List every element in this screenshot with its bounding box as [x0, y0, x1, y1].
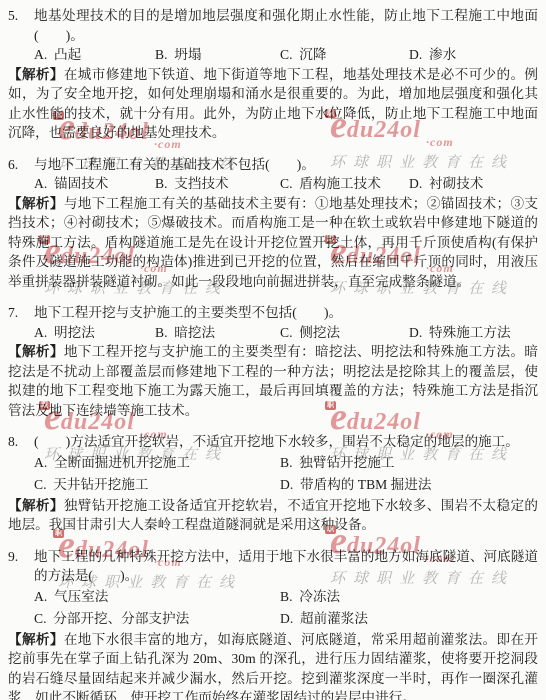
option-b: B. 暗挖法: [155, 323, 280, 343]
analysis: 【解析】地下工程开挖与支护施工的主要类型有：暗挖法、明挖法和特殊施工方法。暗挖法…: [8, 342, 538, 420]
question-7: 7.地下工程开挖与支护施工的主要类型不包括( )。 A. 明挖法 B. 暗挖法 …: [8, 303, 538, 420]
exam-page: { "watermark": { "badge": "职", "brand": …: [0, 0, 546, 700]
options-row: A. 锚固技术 B. 支挡技术 C. 盾构施工技术 D. 衬砌技术: [8, 174, 538, 194]
question-stem: 9.地下工程的几种特殊开挖方法中，适用于地下水很丰富的地方如海底隧道、河底隧道的…: [8, 547, 538, 586]
analysis-label: 【解析】: [8, 498, 64, 513]
option-b: B. 支挡技术: [155, 174, 280, 194]
option-a: A. 明挖法: [34, 323, 155, 343]
question-8: 8.( )方法适宜开挖软岩，不适宜开挖地下水较多，围岩不太稳定的地层的施工。 A…: [8, 432, 538, 535]
options-row: A. 明挖法 B. 暗挖法 C. 侧挖法 D. 特殊施工方法: [8, 323, 538, 343]
option-b: B. 冷冻法: [280, 586, 538, 608]
analysis-text: 地下工程开挖与支护施工的主要类型有：暗挖法、明挖法和特殊施工方法。暗挖法是不扰动…: [8, 344, 538, 418]
option-a: A. 气压室法: [34, 586, 280, 608]
option-c: C. 沉降: [280, 45, 409, 65]
options-grid: A. 全断面掘进机开挖施工 B. 独臂钻开挖施工 C. 天井钻开挖施工 D. 带…: [8, 452, 538, 496]
question-5: 5.地基处理技术的目的是增加地层强度和强化期止水性能，防止地下工程施工中地面( …: [8, 6, 538, 143]
question-number: 5.: [8, 6, 18, 26]
option-d: D. 渗水: [409, 45, 538, 65]
question-text: ( )方法适宜开挖软岩，不适宜开挖地下水较多，围岩不太稳定的地层的施工。: [34, 434, 519, 449]
option-a: A. 全断面掘进机开挖施工: [34, 452, 280, 474]
analysis-label: 【解析】: [8, 67, 64, 82]
option-b: B. 独臂钻开挖施工: [280, 452, 538, 474]
question-stem: 8.( )方法适宜开挖软岩，不适宜开挖地下水较多，围岩不太稳定的地层的施工。: [8, 432, 538, 452]
option-b: B. 坍塌: [155, 45, 280, 65]
option-c: C. 分部开挖、分部支护法: [34, 608, 280, 630]
options-row: A. 凸起 B. 坍塌 C. 沉降 D. 渗水: [8, 45, 538, 65]
option-d: D. 特殊施工方法: [409, 323, 538, 343]
option-d: D. 超前灌浆法: [280, 608, 538, 630]
question-text: 与地下工程施工有关的基础技术不包括( )。: [34, 157, 315, 172]
analysis-label: 【解析】: [8, 344, 64, 359]
analysis: 【解析】与地下工程施工有关的基础技术主要有：①地基处理技术；②锚固技术；③支挡技…: [8, 194, 538, 292]
option-c: C. 天井钻开挖施工: [34, 474, 280, 496]
analysis-label: 【解析】: [8, 196, 64, 211]
question-number: 6.: [8, 155, 18, 175]
question-6: 6.与地下工程施工有关的基础技术不包括( )。 A. 锚固技术 B. 支挡技术 …: [8, 155, 538, 292]
analysis-text: 与地下工程施工有关的基础技术主要有：①地基处理技术；②锚固技术；③支挡技术；④衬…: [8, 196, 538, 289]
document-content: 5.地基处理技术的目的是增加地层强度和强化期止水性能，防止地下工程施工中地面( …: [0, 0, 546, 700]
question-stem: 5.地基处理技术的目的是增加地层强度和强化期止水性能，防止地下工程施工中地面( …: [8, 6, 538, 45]
option-c: C. 侧挖法: [280, 323, 409, 343]
analysis-text: 在城市修建地下铁道、地下街道等地下工程，地基处理技术是必不可少的。例如，为了安全…: [8, 67, 538, 141]
question-text: 地下工程的几种特殊开挖方法中，适用于地下水很丰富的地方如海底隧道、河底隧道的方法…: [34, 549, 538, 584]
question-number: 8.: [8, 432, 18, 452]
analysis: 【解析】在城市修建地下铁道、地下街道等地下工程，地基处理技术是必不可少的。例如，…: [8, 65, 538, 143]
analysis: 【解析】在地下水很丰富的地方，如海底隧道、河底隧道，常采用超前灌浆法。即在开挖前…: [8, 630, 538, 700]
option-d: D. 衬砌技术: [409, 174, 538, 194]
analysis-text: 在地下水很丰富的地方，如海底隧道、河底隧道，常采用超前灌浆法。即在开挖前事先在掌…: [8, 632, 538, 700]
question-number: 9.: [8, 547, 18, 567]
analysis-text: 独臂钻开挖施工设备适宜开挖软岩，不适宜开挖地下水较多、围岩不太稳定的地层。我国甘…: [8, 498, 538, 533]
option-a: A. 凸起: [34, 45, 155, 65]
options-grid: A. 气压室法 B. 冷冻法 C. 分部开挖、分部支护法 D. 超前灌浆法: [8, 586, 538, 630]
option-c: C. 盾构施工技术: [280, 174, 409, 194]
question-text: 地基处理技术的目的是增加地层强度和强化期止水性能，防止地下工程施工中地面( )。: [34, 8, 538, 43]
analysis: 【解析】独臂钻开挖施工设备适宜开挖软岩，不适宜开挖地下水较多、围岩不太稳定的地层…: [8, 496, 538, 535]
analysis-label: 【解析】: [8, 632, 64, 647]
option-d: D. 带盾构的 TBM 掘进法: [280, 474, 538, 496]
question-number: 7.: [8, 303, 18, 323]
option-a: A. 锚固技术: [34, 174, 155, 194]
question-stem: 6.与地下工程施工有关的基础技术不包括( )。: [8, 155, 538, 175]
question-stem: 7.地下工程开挖与支护施工的主要类型不包括( )。: [8, 303, 538, 323]
question-text: 地下工程开挖与支护施工的主要类型不包括( )。: [34, 305, 342, 320]
question-9: 9.地下工程的几种特殊开挖方法中，适用于地下水很丰富的地方如海底隧道、河底隧道的…: [8, 547, 538, 700]
